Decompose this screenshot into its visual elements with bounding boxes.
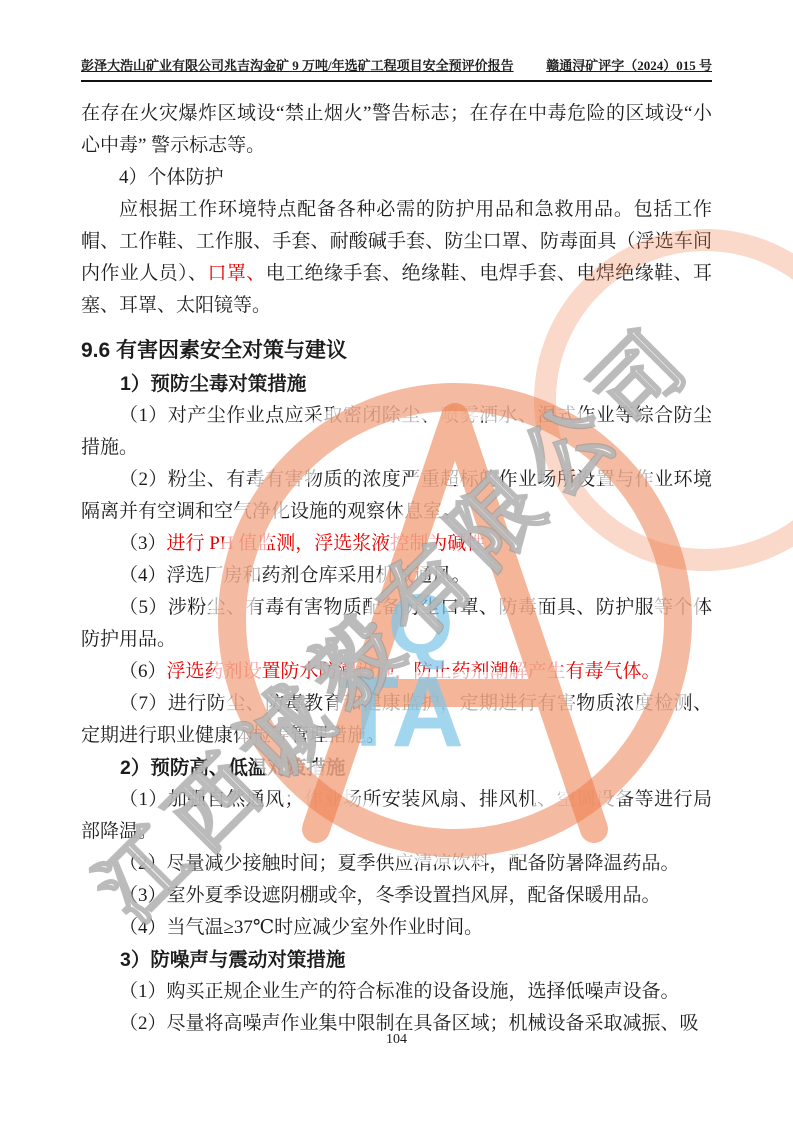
text-segment: 2）预防高、低温对策措施 [120,757,345,779]
para-dust-3: （3）进行 PH 值监测，浮选浆液控制为碱性。 [81,528,712,560]
para-temp-4: （4）当气温≥37℃时应减少室外作业时间。 [81,912,712,944]
text-segment: 1）预防尘毒对策措施 [120,373,306,395]
para-dust-6: （6）浮选药剂设置防水防潮设施，防止药剂潮解产生有毒气体。 [81,656,712,688]
text-segment: （2）尽量减少接触时间；夏季供应清凉饮料，配备防暑降温药品。 [119,853,680,874]
para-noise-1: （1）购买正规企业生产的符合标准的设备设施，选择低噪声设备。 [81,976,712,1008]
text-segment: （6） [119,661,167,682]
para-dust-2: （2）粉尘、有毒有害物质的浓度严重超标的作业场所设置与作业环境隔离并有空调和空气… [81,464,712,528]
text-segment: （5）涉粉尘、有毒有害物质配备防尘口罩、防毒面具、防护服等个体防护用品。 [81,597,712,650]
header-document-number: 赣通浔矿评字（2024）015 号 [546,57,712,75]
para-dust-4: （4）浮选厂房和药剂仓库采用机械通风。 [81,560,712,592]
subhead-1-dust-poison: 1）预防尘毒对策措施 [81,368,712,400]
document-body: 在存在火灾爆炸区域设“禁止烟火”警告标志；在存在中毒危险的区域设“小心中毒” 警… [81,98,712,1040]
para-temp-1: （1）加强自然通风；作业场所安装风扇、排风机、空调设备等进行局部降温。 [81,784,712,848]
text-segment: 4）个体防护 [119,167,224,188]
para-dust-5: （5）涉粉尘、有毒有害物质配备防尘口罩、防毒面具、防护服等个体防护用品。 [81,592,712,656]
para-dust-7: （7）进行防尘、防毒教育和健康监护，定期进行有害物质浓度检测、定期进行职业健康体… [81,688,712,752]
para-item-4-personal-protection: 4）个体防护 [81,162,712,194]
para-warning-signs: 在存在火灾爆炸区域设“禁止烟火”警告标志；在存在中毒危险的区域设“小心中毒” 警… [81,98,712,162]
text-segment: 在存在火灾爆炸区域设“禁止烟火”警告标志；在存在中毒危险的区域设“小心中毒” 警… [81,103,712,156]
text-segment: （1）加强自然通风；作业场所安装风扇、排风机、空调设备等进行局部降温。 [81,789,712,842]
text-segment: （3） [119,533,167,554]
text-segment: （4）当气温≥37℃时应减少室外作业时间。 [119,917,483,938]
text-segment: （1）对产尘作业点应采取密闭除尘、喷雾洒水、湿式作业等综合防尘措施。 [81,405,712,458]
highlighted-red-text: 口罩、 [207,263,265,284]
text-segment: （4）浮选厂房和药剂仓库采用机械通风。 [119,565,471,586]
text-segment: （3）室外夏季设遮阴棚或伞，冬季设置挡风屏，配备保暖用品。 [119,885,661,906]
page-header: 彭泽大浩山矿业有限公司兆吉沟金矿 9 万吨/年选矿工程项目安全预评价报告 赣通浔… [81,0,712,82]
page-number: 104 [386,1032,407,1047]
para-temp-3: （3）室外夏季设遮阴棚或伞，冬季设置挡风屏，配备保暖用品。 [81,880,712,912]
header-report-title: 彭泽大浩山矿业有限公司兆吉沟金矿 9 万吨/年选矿工程项目安全预评价报告 [81,57,514,75]
text-segment: （2）尽量将高噪声作业集中限制在具备区域；机械设备采取减振、吸 [119,1013,699,1034]
page-footer: 104 [0,1032,793,1048]
text-segment: 9.6 有害因素安全对策与建议 [81,339,347,362]
text-segment: （7）进行防尘、防毒教育和健康监护，定期进行有害物质浓度检测、定期进行职业健康体… [81,693,712,746]
highlighted-red-text: 进行 PH 值监测，浮选浆液控制为碱性。 [167,533,505,554]
text-segment: （2）粉尘、有毒有害物质的浓度严重超标的作业场所设置与作业环境隔离并有空调和空气… [81,469,712,522]
subhead-3-noise-vibration: 3）防噪声与震动对策措施 [81,944,712,976]
highlighted-red-text: 浮选药剂设置防水防潮设施，防止药剂潮解产生有毒气体。 [167,661,661,682]
para-dust-1: （1）对产尘作业点应采取密闭除尘、喷雾洒水、湿式作业等综合防尘措施。 [81,400,712,464]
document-page: 彭泽大浩山矿业有限公司兆吉沟金矿 9 万吨/年选矿工程项目安全预评价报告 赣通浔… [0,0,793,1122]
para-temp-2: （2）尽量减少接触时间；夏季供应清凉饮料，配备防暑降温药品。 [81,848,712,880]
text-segment: （1）购买正规企业生产的符合标准的设备设施，选择低噪声设备。 [119,981,680,1002]
section-9-6-title: 9.6 有害因素安全对策与建议 [81,334,712,368]
subhead-2-temperature: 2）预防高、低温对策措施 [81,752,712,784]
text-segment: 3）防噪声与震动对策措施 [120,949,345,971]
para-ppe-list: 应根据工作环境特点配备各种必需的防护用品和急救用品。包括工作帽、工作鞋、工作服、… [81,194,712,322]
